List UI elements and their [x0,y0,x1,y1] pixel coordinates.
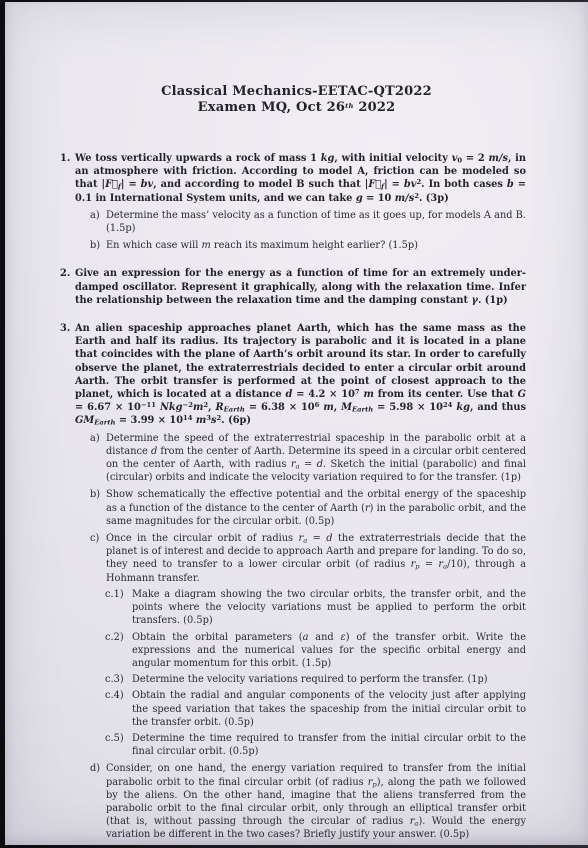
question-1-number: 1. [60,152,75,205]
question-3-part-c3-label: c.3) [105,673,132,686]
question-3-part-c1: c.1) Make a diagram showing the two circ… [105,588,526,628]
question-1-part-b: b) En which case will m reach its maximu… [90,239,526,252]
question-3: 3. An alien spaceship approaches planet … [60,322,526,842]
question-3-part-c2: c.2) Obtain the orbital parameters (a an… [105,631,526,671]
question-3-part-c: c) Once in the circular orbit of radius … [90,532,526,585]
question-3-part-d: d) Consider, on one hand, the energy var… [90,762,526,841]
photo-background: Classical Mechanics-EETAC-QT2022 Examen … [0,0,588,848]
question-3-number: 3. [60,322,75,428]
question-1-stem: We toss vertically upwards a rock of mas… [75,152,526,205]
exam-header: Classical Mechanics-EETAC-QT2022 Examen … [5,2,588,116]
exam-title: Classical Mechanics-EETAC-QT2022 [5,84,588,100]
question-1-stem-row: 1. We toss vertically upwards a rock of … [60,152,526,205]
question-3-part-c1-label: c.1) [105,588,132,628]
question-3-part-c4-label: c.4) [105,689,132,729]
question-1: 1. We toss vertically upwards a rock of … [60,152,526,252]
question-1-part-a: a) Determine the mass’ velocity as a fun… [90,209,526,235]
question-3-part-c3: c.3) Determine the velocity variations r… [105,673,526,686]
question-1-part-a-label: a) [90,209,106,235]
exam-paper: Classical Mechanics-EETAC-QT2022 Examen … [5,2,588,845]
question-1-part-b-text: En which case will m reach its maximum h… [106,239,526,252]
question-3-part-d-text: Consider, on one hand, the energy variat… [106,762,526,841]
question-3-part-c-text: Once in the circular orbit of radius ra … [106,532,526,585]
exam-subtitle: Examen MQ, Oct 26th 2022 [5,100,588,116]
question-3-part-c5: c.5) Determine the time required to tran… [105,732,526,758]
question-3-part-a-label: a) [90,432,106,485]
question-1-part-b-label: b) [90,239,106,252]
question-3-part-b: b) Show schematically the effective pote… [90,488,526,528]
question-3-part-c2-text: Obtain the orbital parameters (a and ε) … [132,631,526,671]
question-2-stem-row: 2. Give an expression for the energy as … [60,267,526,307]
question-3-part-c4-text: Obtain the radial and angular components… [132,689,526,729]
question-1-part-a-text: Determine the mass’ velocity as a functi… [106,209,526,235]
question-3-part-c4: c.4) Obtain the radial and angular compo… [105,689,526,729]
question-3-stem: An alien spaceship approaches planet Aar… [75,322,526,428]
question-2-number: 2. [60,267,75,307]
question-3-part-c2-label: c.2) [105,631,132,671]
question-3-stem-row: 3. An alien spaceship approaches planet … [60,322,526,428]
question-3-part-a-text: Determine the speed of the extraterrestr… [106,432,526,485]
question-3-part-c-label: c) [90,532,106,585]
question-3-part-b-text: Show schematically the effective potenti… [106,488,526,528]
question-3-part-c5-label: c.5) [105,732,132,758]
question-3-part-b-label: b) [90,488,106,528]
question-2: 2. Give an expression for the energy as … [60,267,526,307]
question-3-part-c3-text: Determine the velocity variations requir… [132,673,526,686]
question-3-part-c5-text: Determine the time required to transfer … [132,732,526,758]
question-2-stem: Give an expression for the energy as a f… [75,267,526,307]
question-3-part-c1-text: Make a diagram showing the two circular … [132,588,526,628]
question-3-part-d-label: d) [90,762,106,841]
question-3-part-a: a) Determine the speed of the extraterre… [90,432,526,485]
exam-body: 1. We toss vertically upwards a rock of … [5,116,588,842]
